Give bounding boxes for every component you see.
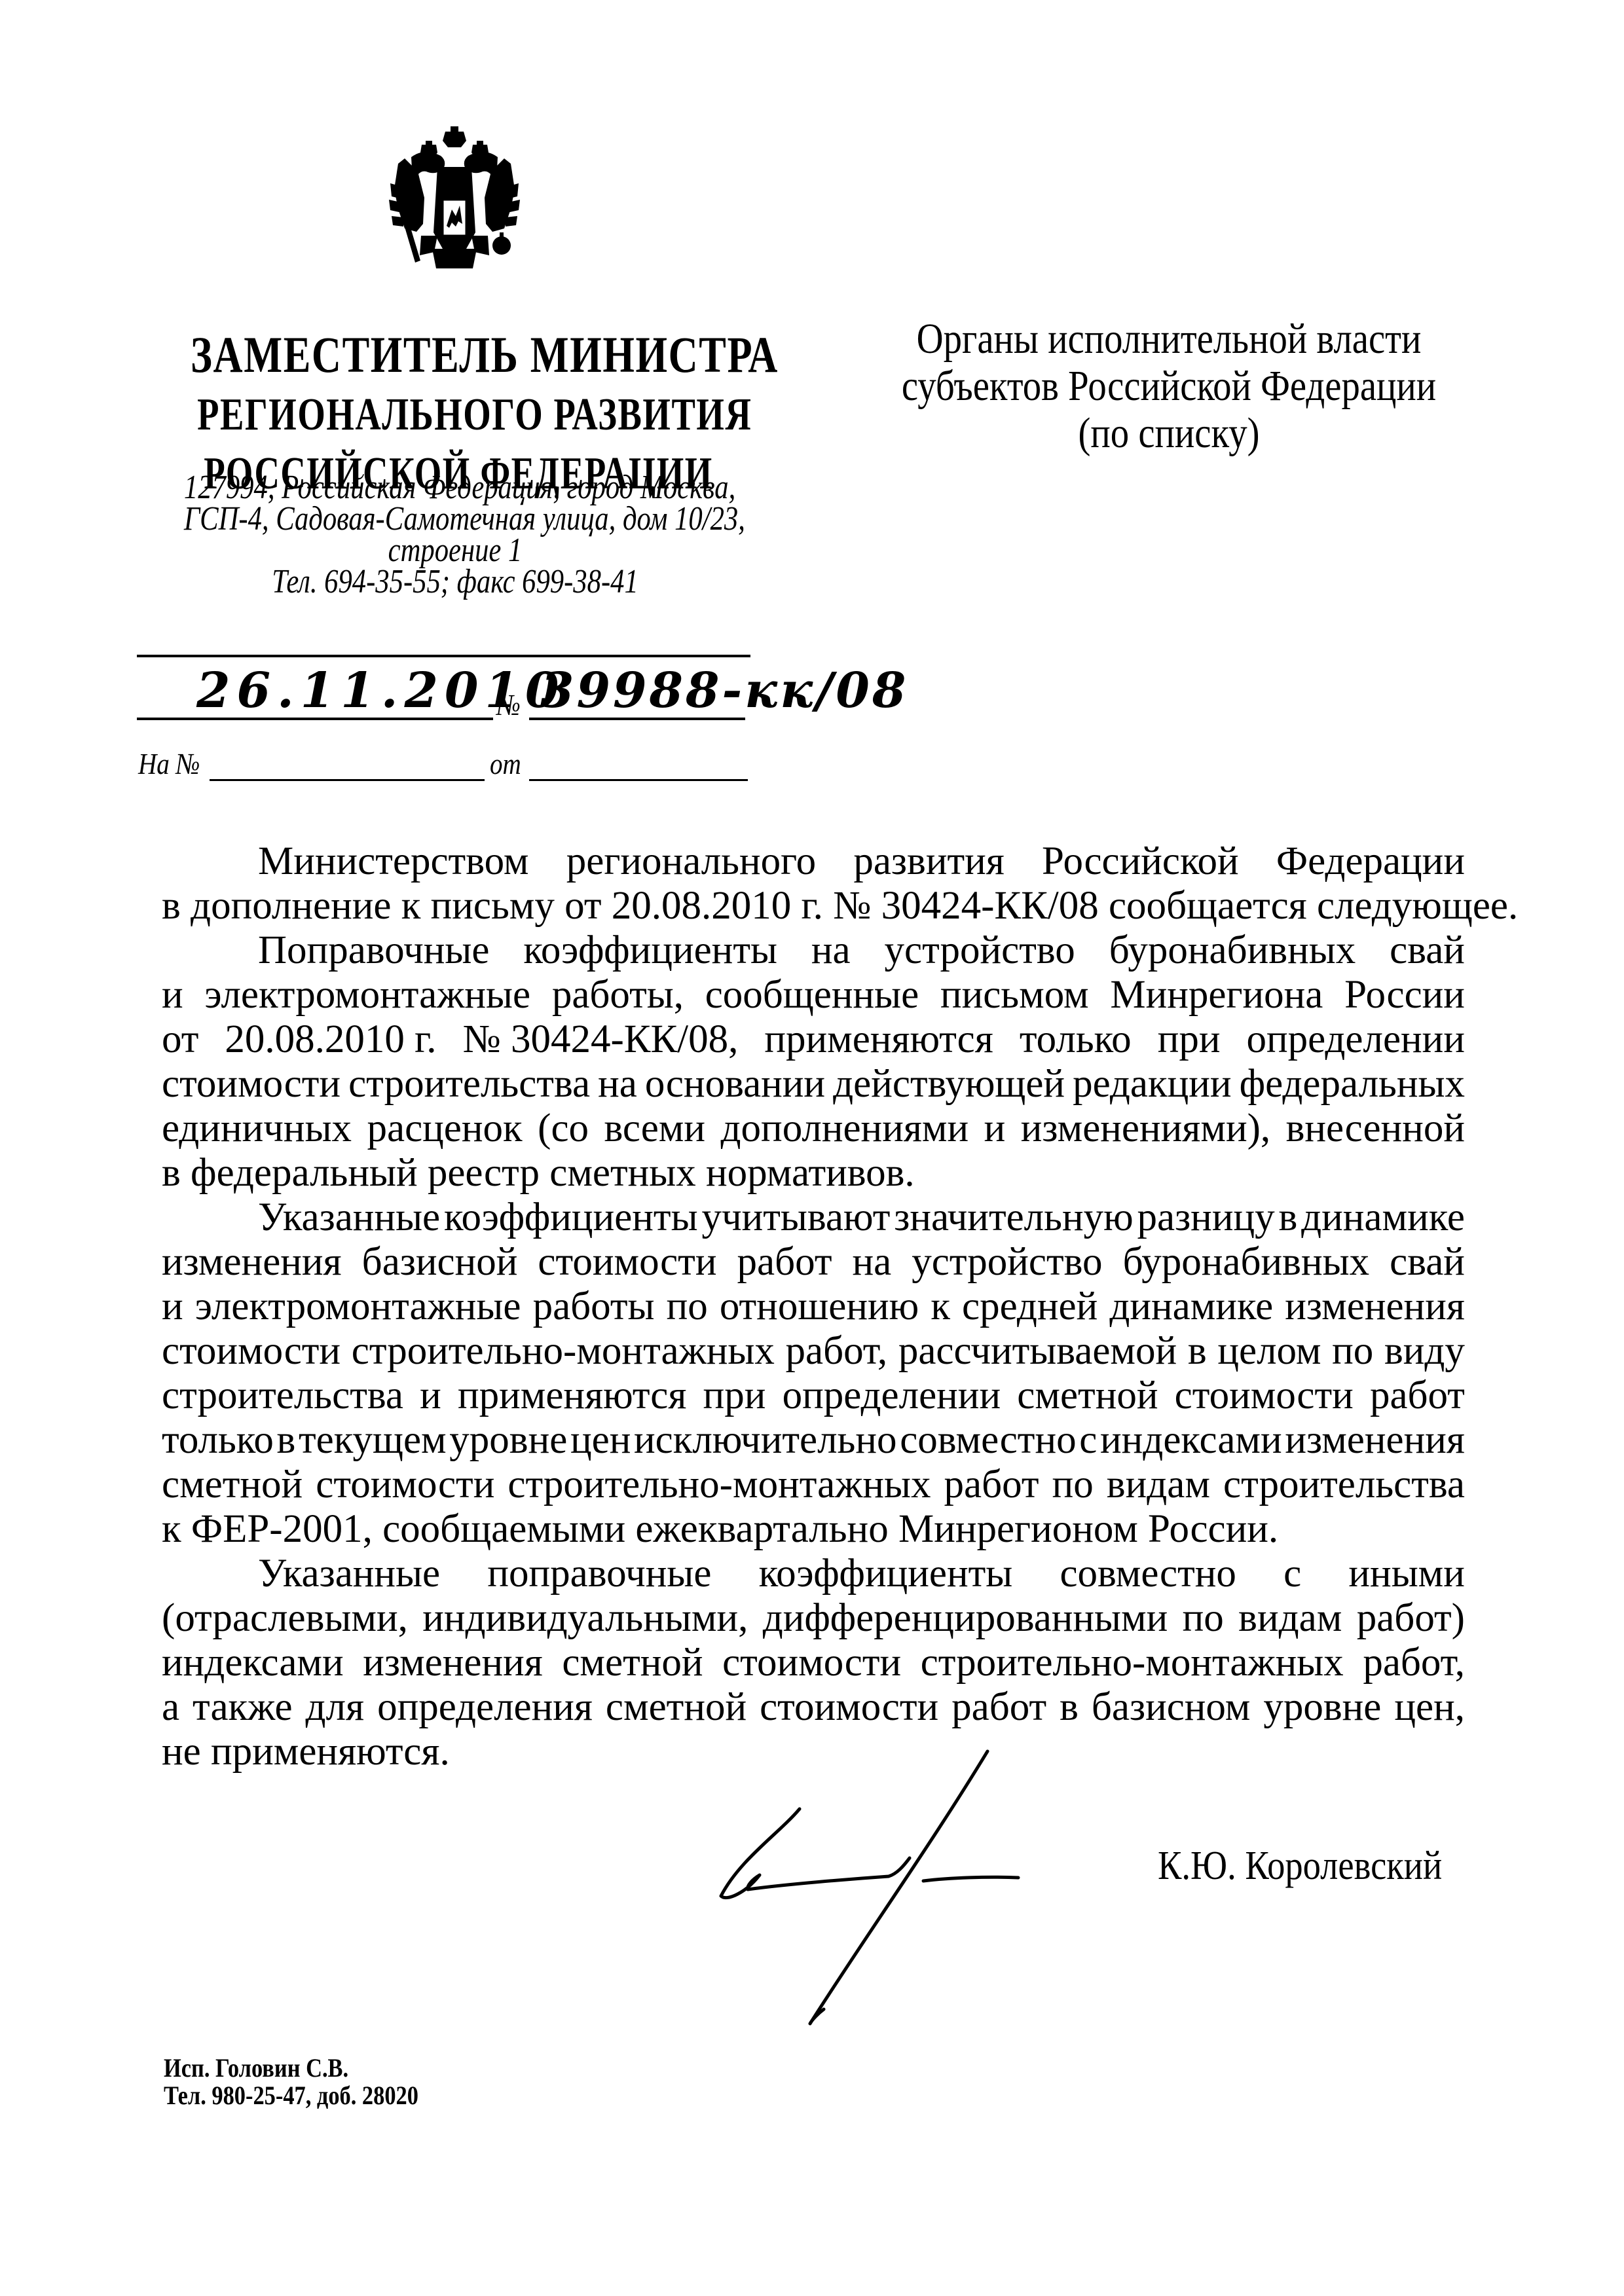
body-word: изменения: [363, 1641, 543, 1685]
body-line: к ФЕР-2001, сообщаемыми ежеквартально Ми…: [162, 1507, 1465, 1552]
reply-to-field-line: [210, 779, 485, 781]
body-word: базисной: [362, 1240, 518, 1285]
number-label: №: [496, 687, 521, 722]
body-word: (отраслевыми,: [162, 1596, 408, 1641]
body-word: в федеральный реестр сметных нормативов.: [162, 1151, 915, 1195]
body-word: Указанные: [258, 1552, 440, 1596]
body-word: Указанные: [258, 1195, 440, 1240]
body-line: Поправочныекоэффициентынаустройствобурон…: [258, 928, 1465, 973]
body-word: видам: [1107, 1463, 1210, 1507]
body-word: целом: [1217, 1329, 1321, 1374]
body-word: изменения: [162, 1240, 342, 1285]
body-word: иными: [1348, 1552, 1465, 1596]
body-word: Поправочные: [258, 928, 489, 973]
sender-title-line-1: ЗАМЕСТИТЕЛЬ МИНИСТРА: [191, 325, 720, 384]
body-word: рассчитываемой: [898, 1329, 1177, 1374]
body-word: индивидуальными,: [422, 1596, 748, 1641]
body-word: сметной: [1017, 1374, 1158, 1418]
body-word: коэффициенты: [523, 928, 777, 973]
body-word: также: [193, 1685, 293, 1730]
body-word: коэффициенты: [444, 1195, 698, 1240]
body-word: сметной: [606, 1685, 747, 1730]
body-word: определения: [377, 1685, 593, 1730]
body-word: уровне: [449, 1418, 567, 1463]
signer-name: К.Ю. Королевский: [1158, 1843, 1442, 1889]
body-word: с: [1283, 1552, 1301, 1596]
body-line: строительстваиприменяютсяприопределениис…: [162, 1374, 1465, 1418]
russian-coat-of-arms-icon: [385, 121, 524, 270]
body-line: сметнойстоимостистроительно-монтажныхраб…: [162, 1463, 1465, 1507]
body-word: действующей: [833, 1062, 1065, 1106]
body-word: стоимости: [316, 1463, 494, 1507]
recipient-line-2: субъектов Российской Федерации: [890, 361, 1447, 411]
body-word: развития: [853, 839, 1004, 884]
body-word: по: [667, 1285, 708, 1329]
body-line: изменениябазиснойстоимостиработнаустройс…: [162, 1240, 1465, 1285]
body-word: Российской: [1042, 839, 1239, 884]
body-word: работы,: [552, 973, 684, 1017]
body-word: с: [1079, 1418, 1097, 1463]
body-word: строительства: [348, 1062, 590, 1106]
body-word: цен: [570, 1418, 631, 1463]
body-word: изменения: [1285, 1285, 1465, 1329]
body-word: разницу: [1137, 1195, 1275, 1240]
body-word: Федерации: [1276, 839, 1465, 884]
body-word: на: [811, 928, 851, 973]
body-word: на: [598, 1062, 637, 1106]
body-line: МинистерствомрегиональногоразвитияРоссий…: [258, 839, 1465, 884]
body-word: динамике: [1109, 1285, 1273, 1329]
body-word: и: [162, 973, 183, 1017]
body-word: расценок: [367, 1106, 523, 1151]
body-word: строительно-монтажных: [921, 1641, 1344, 1685]
body-line: атакжедляопределениясметнойстоимостирабо…: [162, 1685, 1465, 1730]
body-word: строительно-монтажных: [507, 1463, 931, 1507]
reply-from-label: от: [490, 746, 521, 781]
body-line: Указанныепоправочныекоэффициентысовместн…: [258, 1552, 1465, 1596]
body-word: при: [1158, 1017, 1221, 1062]
body-line: тольковтекущемуровнеценисключительносовм…: [162, 1418, 1465, 1463]
body-word: стоимости: [162, 1062, 341, 1106]
number-underline: [529, 718, 745, 720]
body-word: виду: [1384, 1329, 1465, 1374]
body-word: и: [162, 1285, 183, 1329]
body-word: (со: [538, 1106, 589, 1151]
body-word: работ: [737, 1240, 832, 1285]
body-word: электромонтажные: [195, 1285, 521, 1329]
body-word: редакции: [1073, 1062, 1231, 1106]
body-word: только: [1020, 1017, 1132, 1062]
body-word: работ): [1357, 1596, 1465, 1641]
body-word: совместно: [1060, 1552, 1236, 1596]
body-word: значительную: [894, 1195, 1133, 1240]
body-line: от20.08.2010 г.№ 30424-КК/08,применяются…: [162, 1017, 1465, 1062]
body-word: отношению: [720, 1285, 919, 1329]
body-line: иэлектромонтажныеработы,сообщенныеписьмо…: [162, 973, 1465, 1017]
body-line: единичныхрасценок(совсемидополнениямиииз…: [162, 1106, 1465, 1151]
body-word: строительства: [1223, 1463, 1465, 1507]
body-word: свай: [1390, 928, 1465, 973]
body-line: Указанныекоэффициентыучитываютзначительн…: [258, 1195, 1465, 1240]
body-word: определении: [1246, 1017, 1464, 1062]
body-word: базисном: [1092, 1685, 1251, 1730]
body-word: России: [1344, 973, 1465, 1017]
body-word: и: [420, 1374, 441, 1418]
body-word: средней: [962, 1285, 1098, 1329]
body-word: работы: [533, 1285, 655, 1329]
sender-title-line-2: РЕГИОНАЛЬНОГО РАЗВИТИЯ: [197, 389, 713, 441]
body-line: в федеральный реестр сметных нормативов.: [162, 1151, 1465, 1195]
body-word: к: [931, 1285, 950, 1329]
body-word: свай: [1390, 1240, 1465, 1285]
body-word: 20.08.2010 г.: [225, 1017, 436, 1062]
body-word: в: [1060, 1685, 1079, 1730]
body-word: видам: [1238, 1596, 1342, 1641]
body-word: письмом: [940, 973, 1089, 1017]
body-word: работ: [951, 1685, 1046, 1730]
body-word: для: [306, 1685, 365, 1730]
reply-from-field-line: [529, 779, 748, 781]
body-word: единичных: [162, 1106, 352, 1151]
body-word: стоимости: [722, 1641, 901, 1685]
body-line: в дополнение к письму от 20.08.2010 г. №…: [162, 884, 1465, 928]
body-word: устройство: [912, 1240, 1102, 1285]
body-word: стоимости: [1175, 1374, 1354, 1418]
body-word: всеми: [604, 1106, 705, 1151]
body-word: индексами: [162, 1641, 344, 1685]
body-word: буронабивных: [1123, 1240, 1370, 1285]
body-word: коэффициенты: [759, 1552, 1013, 1596]
executor-phone: Тел. 980-25-47, доб. 28020: [164, 2080, 418, 2111]
body-line: (отраслевыми,индивидуальными,дифференцир…: [162, 1596, 1465, 1641]
body-word: строительства: [162, 1374, 403, 1418]
body-word: в: [277, 1418, 296, 1463]
body-word: а: [162, 1685, 179, 1730]
body-word: только: [162, 1418, 274, 1463]
body-word: при: [703, 1374, 766, 1418]
body-word: работ,: [1363, 1641, 1465, 1685]
registration-top-rule: [137, 655, 750, 657]
body-word: № 30424-КК/08,: [463, 1017, 739, 1062]
body-word: дополнениями: [721, 1106, 969, 1151]
body-word: регионального: [566, 839, 816, 884]
body-word: сметной: [562, 1641, 703, 1685]
body-word: цен,: [1394, 1685, 1465, 1730]
body-word: дифференцированными: [763, 1596, 1168, 1641]
body-word: электромонтажные: [204, 973, 530, 1017]
body-word: основании: [645, 1062, 825, 1106]
body-line: иэлектромонтажныеработыпоотношениюксредн…: [162, 1285, 1465, 1329]
body-line: стоимостистроительстванаоснованиидейству…: [162, 1062, 1465, 1106]
body-word: совместно: [900, 1418, 1076, 1463]
body-word: по: [1052, 1463, 1094, 1507]
registration-number: 39988-кк/08: [540, 663, 908, 719]
reply-to-label: На №: [138, 746, 200, 781]
body-word: по: [1332, 1329, 1373, 1374]
body-line: индексамиизменениясметнойстоимостистроит…: [162, 1641, 1465, 1685]
body-word: сметной: [162, 1463, 303, 1507]
body-word: к ФЕР-2001, сообщаемыми ежеквартально Ми…: [162, 1507, 1278, 1552]
handwritten-signature-icon: [688, 1728, 1054, 2043]
body-word: Минрегиона: [1110, 973, 1323, 1017]
body-word: стоимости: [162, 1329, 341, 1374]
body-word: федеральных: [1240, 1062, 1465, 1106]
body-word: текущем: [299, 1418, 447, 1463]
body-word: применяются: [764, 1017, 993, 1062]
body-word: строительно-монтажных: [352, 1329, 775, 1374]
body-line: стоимостистроительно-монтажныхработ,расс…: [162, 1329, 1465, 1374]
body-word: исключительно: [634, 1418, 897, 1463]
body-word: стоимости: [538, 1240, 716, 1285]
date-underline: [137, 718, 493, 720]
body-word: работ,: [786, 1329, 888, 1374]
body-word: на: [853, 1240, 892, 1285]
body-word: буронабивных: [1109, 928, 1356, 973]
body-word: в дополнение к письму от 20.08.2010 г. №…: [162, 884, 1518, 928]
body-word: динамике: [1301, 1195, 1465, 1240]
recipient-line-3: (по списку): [890, 409, 1447, 458]
body-word: в: [1188, 1329, 1207, 1374]
body-word: уровне: [1263, 1685, 1381, 1730]
body-word: учитывают: [701, 1195, 890, 1240]
body-word: от: [162, 1017, 198, 1062]
body-word: устройство: [885, 928, 1075, 973]
body-word: Министерством: [258, 839, 529, 884]
sender-phone-fax: Тел. 694-35-55; факс 699-38-41: [184, 562, 726, 601]
body-word: индексами: [1100, 1418, 1282, 1463]
body-word: определении: [783, 1374, 1001, 1418]
body-word: поправочные: [487, 1552, 711, 1596]
body-word: работ: [944, 1463, 1039, 1507]
body-word: и: [984, 1106, 1006, 1151]
body-word: работ: [1370, 1374, 1465, 1418]
recipient-line-1: Органы исполнительной власти: [890, 314, 1447, 364]
body-word: изменения: [1285, 1418, 1465, 1463]
body-word: изменениями),: [1021, 1106, 1270, 1151]
executor-name: Исп. Головин С.В.: [164, 2052, 348, 2083]
body-word: применяются: [458, 1374, 686, 1418]
body-word: сообщенные: [705, 973, 919, 1017]
body-word: в: [1278, 1195, 1297, 1240]
body-word: по: [1183, 1596, 1224, 1641]
body-word: не применяются.: [162, 1730, 450, 1774]
body-word: внесенной: [1286, 1106, 1465, 1151]
body-word: стоимости: [760, 1685, 938, 1730]
